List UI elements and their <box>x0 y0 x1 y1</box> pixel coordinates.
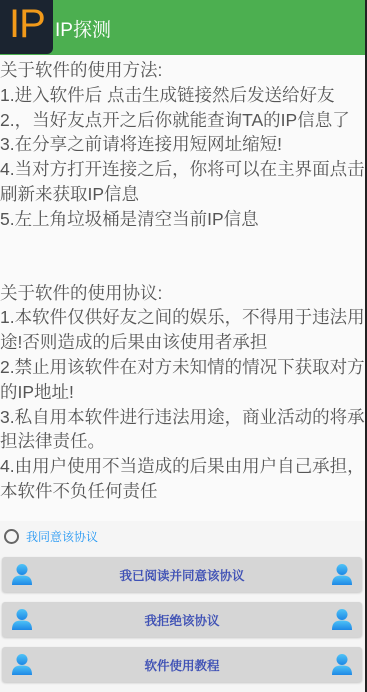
tutorial-button[interactable]: 软件使用教程 <box>2 647 362 682</box>
app-header: IP IP探测 <box>0 0 365 55</box>
agreement-item: 3.私自用本软件进行违法用途，商业活动的将承担法律责任。 <box>0 405 365 455</box>
reject-button[interactable]: 我拒绝该协议 <box>2 602 362 637</box>
usage-item: 4.当对方打开连接之后，你将可以在主界面点击刷新来获取IP信息 <box>0 157 365 207</box>
user-icon <box>331 608 353 631</box>
agree-checkbox[interactable]: 我同意该协议 <box>4 526 98 546</box>
action-panel: 我同意该协议 我已阅读并同意该协议 我拒绝该协议 软件使用教程 <box>0 521 365 692</box>
user-icon <box>331 563 353 586</box>
app-logo-text: IP <box>9 2 45 47</box>
usage-item: 1.进入软件后 点击生成链接然后发送给好友 <box>0 83 365 108</box>
usage-item: 3.在分享之前请将连接用短网址缩短! <box>0 132 365 157</box>
spacer <box>0 232 365 281</box>
app-logo: IP <box>0 0 53 54</box>
agree-checkbox-label[interactable]: 我同意该协议 <box>26 528 98 545</box>
usage-item: 2.，当好友点开之后你就能查询TA的IP信息了 <box>0 108 365 133</box>
agree-button-label: 我已阅读并同意该协议 <box>119 566 244 584</box>
user-icon <box>11 653 33 676</box>
usage-heading: 关于软件的使用方法: <box>0 58 365 83</box>
agreement-item: 4.由用户使用不当造成的后果由用户自己承担，本软件不负任何责任 <box>0 454 365 504</box>
agree-button[interactable]: 我已阅读并同意该协议 <box>2 557 362 592</box>
user-icon <box>331 653 353 676</box>
reject-button-label: 我拒绝该协议 <box>144 611 219 629</box>
agreement-heading: 关于软件的使用协议: <box>0 281 365 306</box>
user-icon <box>11 608 33 631</box>
agreement-item: 1.本软件仅供好友之间的娱乐，不得用于违法用途!否则造成的后果由该使用者承担 <box>0 305 365 355</box>
tutorial-button-label: 软件使用教程 <box>144 656 219 674</box>
app-window: IP IP探测 关于软件的使用方法: 1.进入软件后 点击生成链接然后发送给好友… <box>0 0 365 692</box>
instructions-text[interactable]: 关于软件的使用方法: 1.进入软件后 点击生成链接然后发送给好友 2.，当好友点… <box>0 58 365 521</box>
usage-item: 5.左上角垃圾桶是清空当前IP信息 <box>0 207 365 232</box>
user-icon <box>11 563 33 586</box>
agreement-item: 2.禁止用该软件在对方未知情的情况下获取对方的IP地址! <box>0 355 365 405</box>
radio-unchecked-icon[interactable] <box>4 529 19 544</box>
app-title: IP探测 <box>55 15 111 42</box>
